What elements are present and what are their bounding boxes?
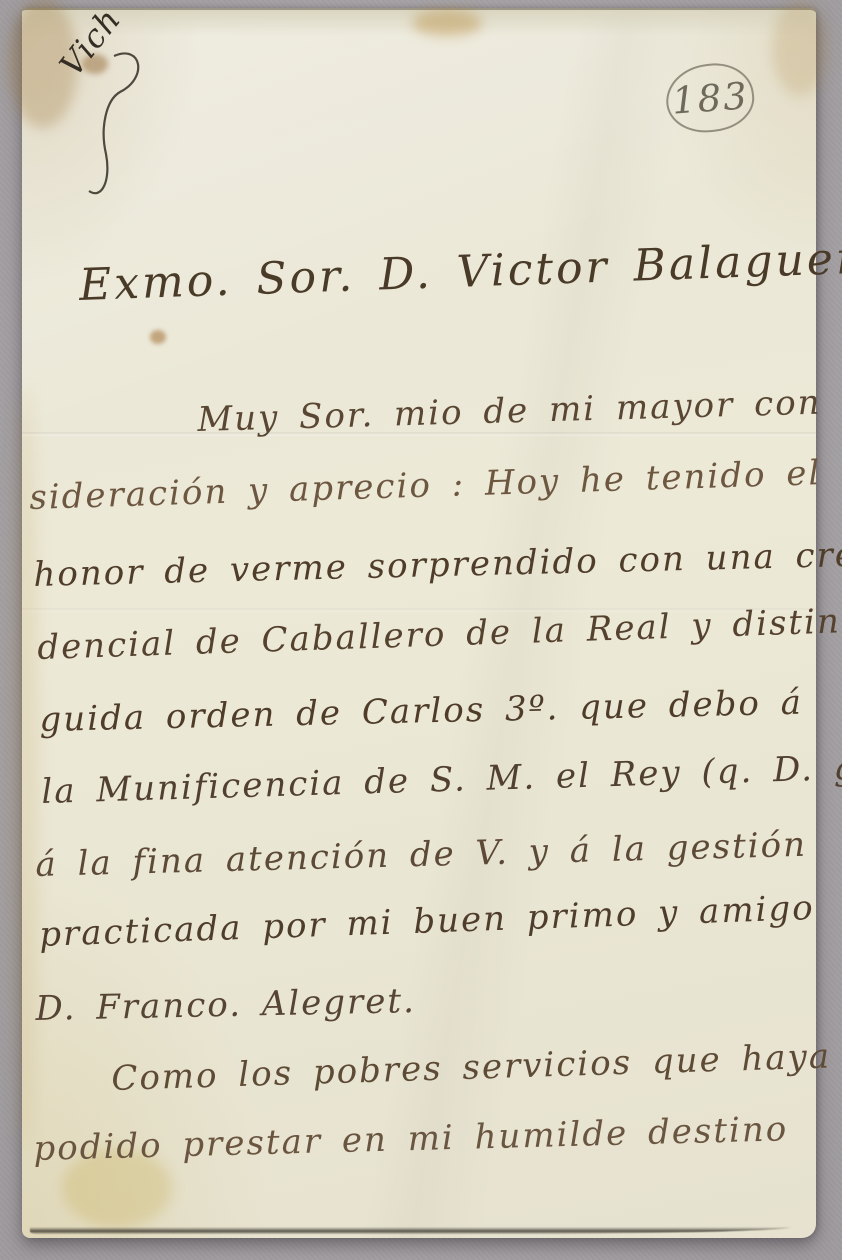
- stain: [150, 330, 166, 344]
- letter-line: practicada por mi buen primo y amigo: [39, 888, 816, 955]
- letter-line: guida orden de Carlos 3º. que debo á: [39, 683, 803, 740]
- letter-line: honor de verme sorprendido con una cre: [33, 535, 842, 595]
- page-bottom-edge-shadow: [30, 1227, 792, 1234]
- page-number-text: 183: [670, 74, 749, 122]
- letter-line: podido prestar en mi humilde destino: [33, 1109, 789, 1169]
- letter-line: dencial de Caballero de la Real y distin: [37, 601, 842, 668]
- letter-line: la Munificencia de S. M. el Rey (q. D. g…: [41, 747, 842, 812]
- salutation-line: Exmo. Sor. D. Victor Balaguer.: [78, 232, 842, 311]
- letter-line: Como los pobres servicios que haya: [111, 1036, 832, 1099]
- letter-line: D. Franco. Alegret.: [35, 981, 416, 1029]
- letter-line: sideración y aprecio : Hoy he tenido el: [29, 453, 822, 518]
- letter-line: á la fina atención de V. y á la gestión: [35, 825, 808, 885]
- letter-line: Muy Sor. mio de mi mayor con: [197, 383, 822, 440]
- letter-page: Vich 183 Exmo. Sor. D. Victor Balaguer. …: [22, 8, 816, 1238]
- top-fold-crease: [22, 8, 816, 38]
- page-number-stamp: 183: [662, 59, 758, 137]
